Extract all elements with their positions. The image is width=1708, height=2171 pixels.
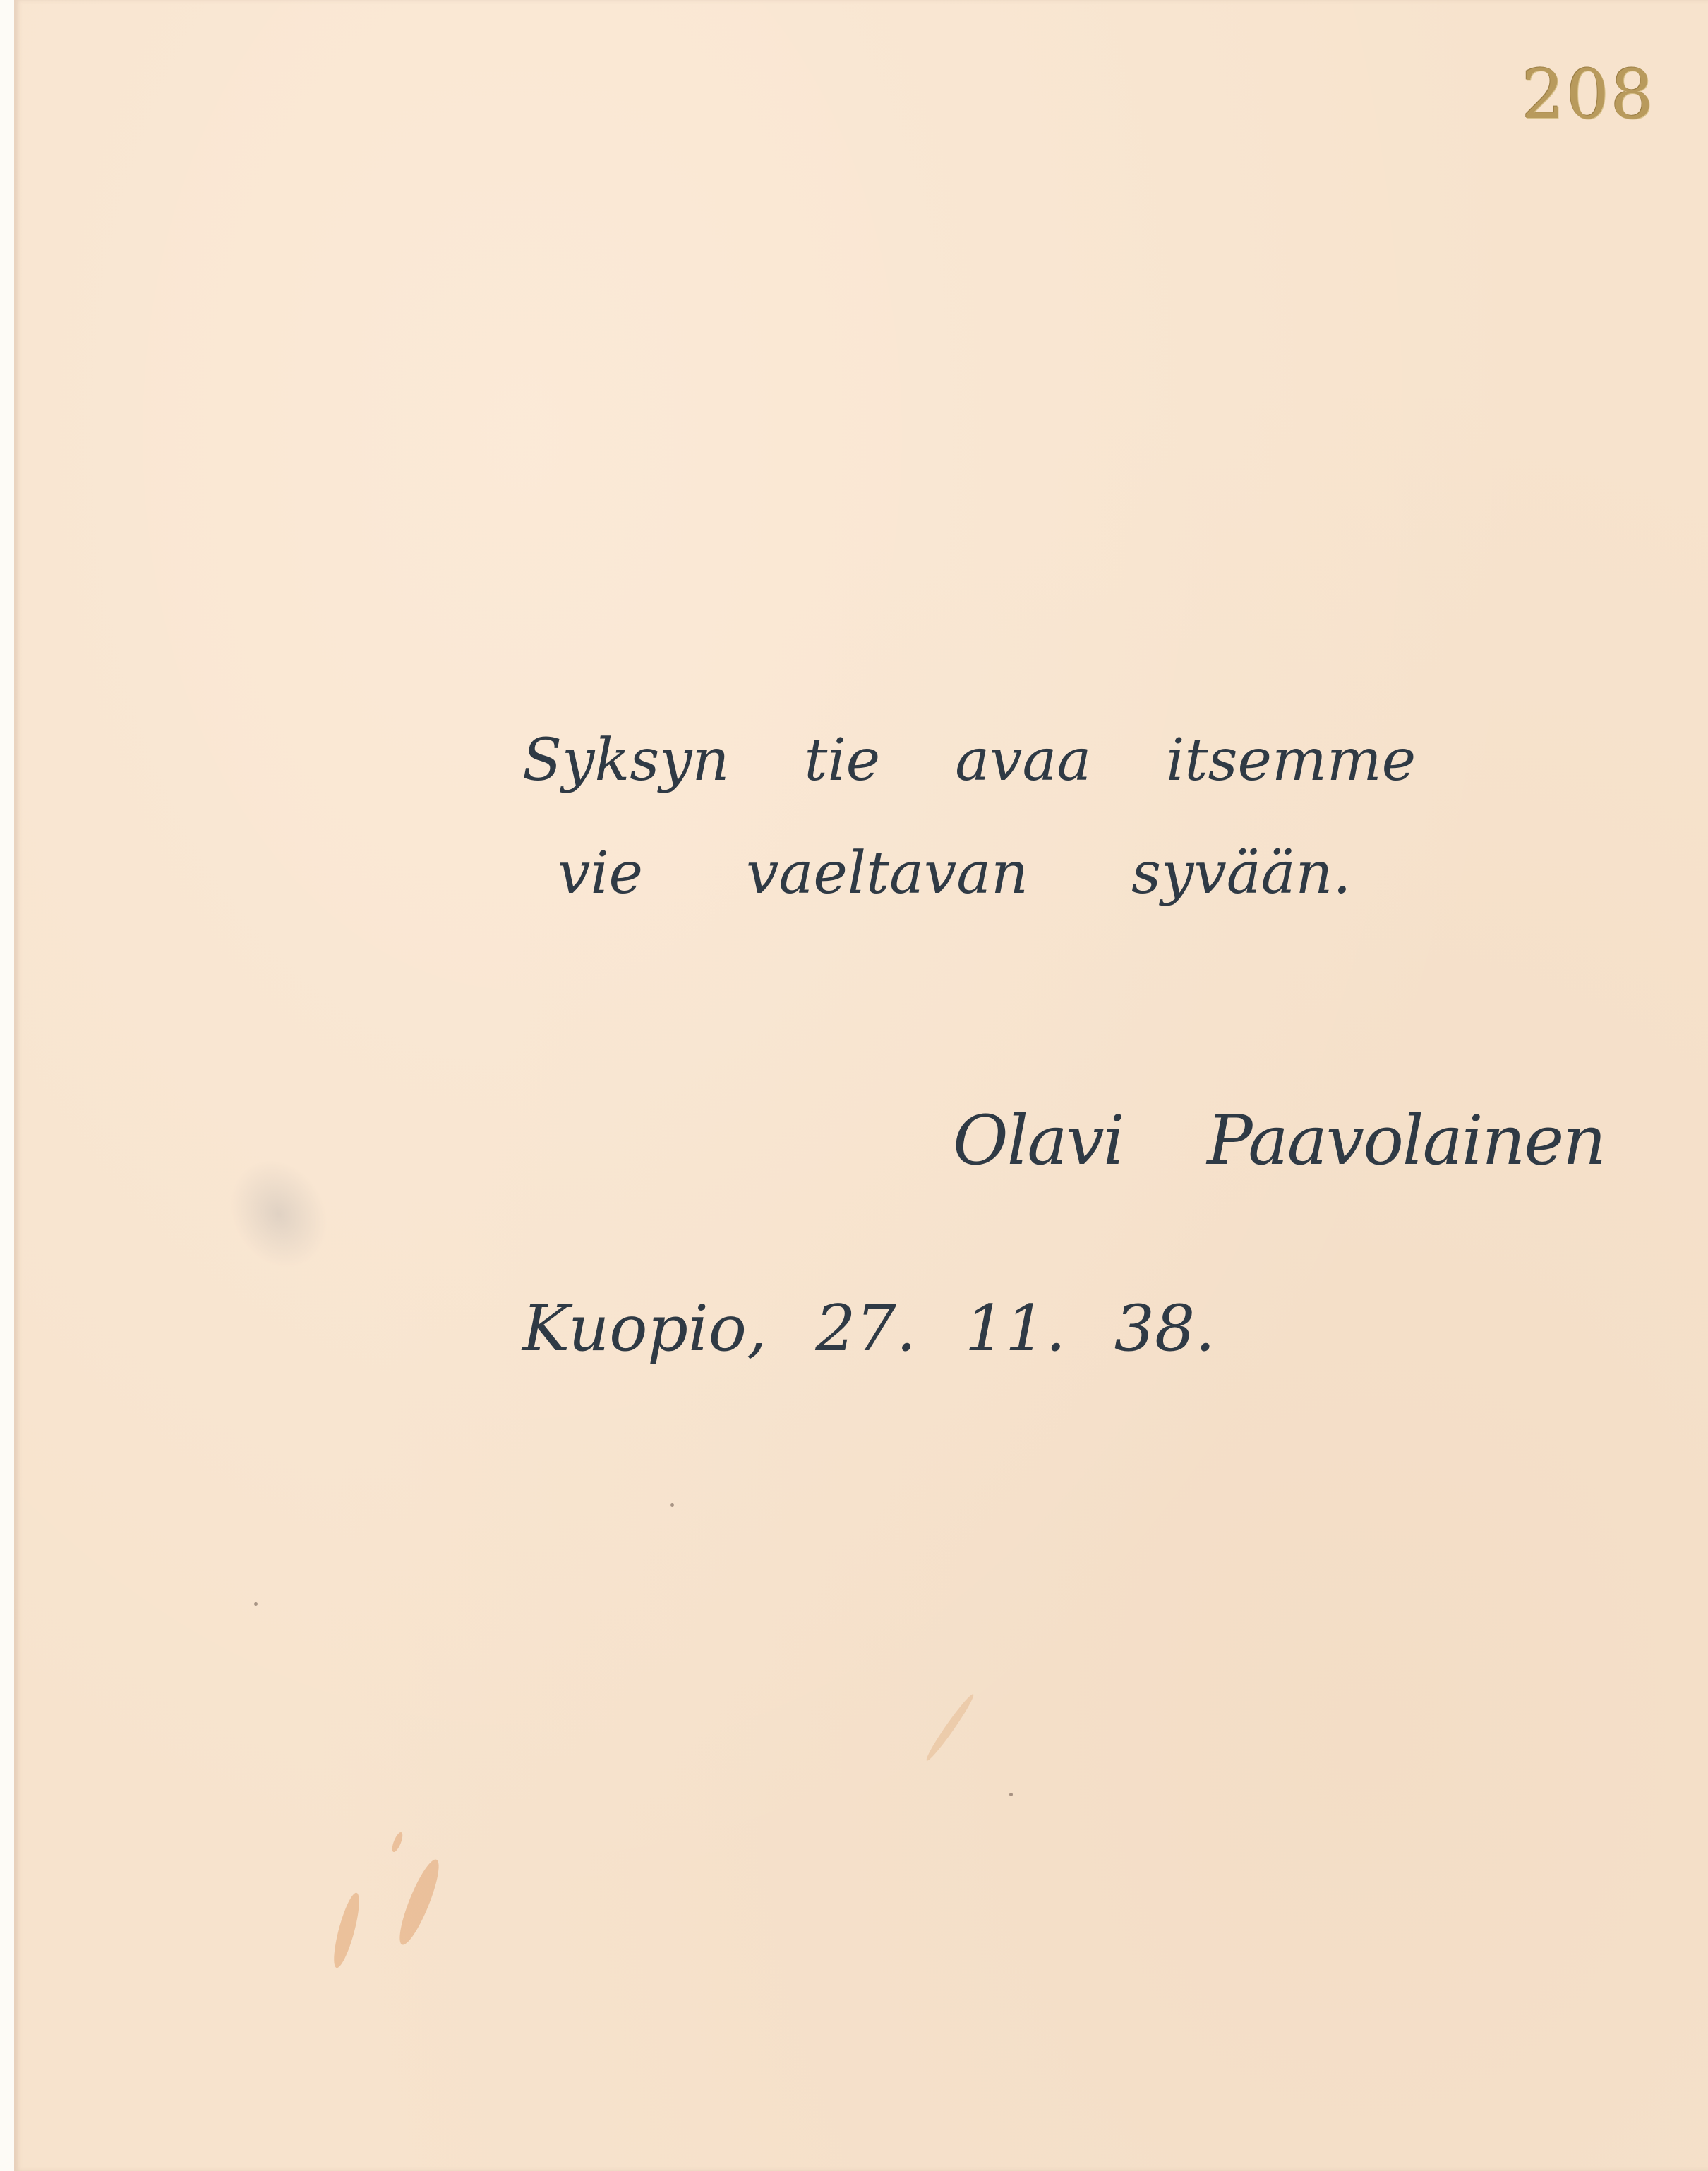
stain-mark — [923, 1692, 977, 1763]
stain-mark — [329, 1891, 364, 1970]
pencil-smudge — [211, 1142, 347, 1286]
paper-fleck — [1009, 1793, 1013, 1796]
paper-fleck — [254, 1602, 258, 1606]
stain-mark — [393, 1856, 446, 1948]
manuscript-page: 208 Syksyn tie avaa itsemme vie vaeltava… — [14, 0, 1708, 2171]
paper-fleck — [670, 1503, 674, 1507]
handwritten-line-2: vie vaeltavan syvään. — [558, 840, 1351, 907]
place-and-date: Kuopio, 27. 11. 38. — [522, 1292, 1215, 1366]
handwritten-line-1: Syksyn tie avaa itsemme — [522, 727, 1416, 794]
signature: Olavi Paavolainen — [953, 1101, 1605, 1180]
page-number: 208 — [1522, 55, 1655, 134]
stain-mark — [390, 1831, 405, 1853]
